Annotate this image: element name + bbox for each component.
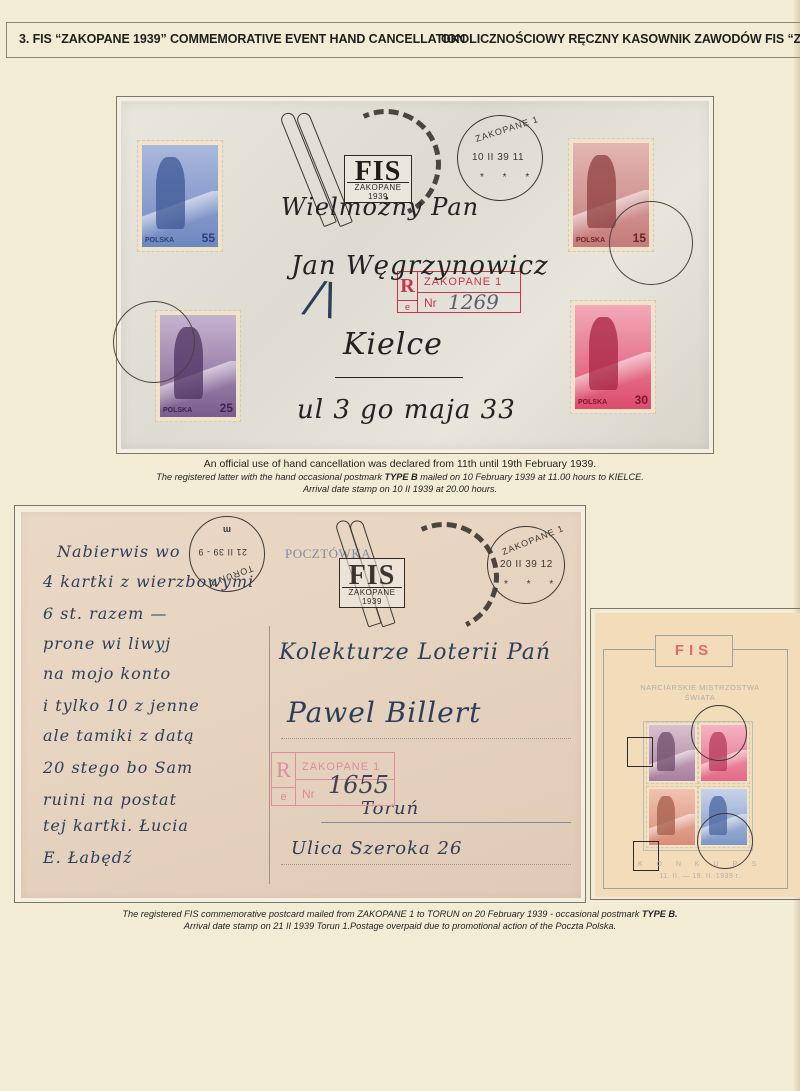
- caption-line: Arrival date stamp on 21 II 1939 Torun 1…: [0, 920, 800, 932]
- message-line: Nabierwis wo: [57, 542, 180, 561]
- address-line: [281, 864, 571, 865]
- caption-line: The registered latter with the hand occa…: [0, 471, 800, 483]
- address-street: Ulica Szeroka 26: [291, 838, 462, 859]
- sheet-stamp-15gr: [647, 787, 697, 847]
- sheet-event-label: K O N K U R S: [595, 861, 800, 868]
- zakopane-postmark: ZAKOPANE 1 10 II 39 11 * * *: [457, 115, 543, 201]
- stamp-image: [649, 725, 695, 781]
- address-line: [321, 822, 571, 823]
- message-line: E. Łabędź: [43, 848, 132, 867]
- registration-nr-label: Nr: [424, 296, 437, 310]
- miniature-sheet: FIS NARCIARSKIE MISTRZOSTWA ŚWIATA K O N…: [595, 613, 800, 897]
- sheet-subtitle: ŚWIATA: [595, 693, 800, 702]
- caption-text: The registered FIS commemorative postcar…: [122, 909, 641, 919]
- skier-figure: [587, 155, 616, 228]
- stamp-55gr: POLSKA 55: [138, 141, 222, 251]
- address-street: ul 3 go maja 33: [297, 395, 516, 425]
- postcard: POCZTÓWKA 21 II 39 - 9 TORUN 1 m FIS ZAK…: [21, 512, 581, 898]
- postmark-stars: * * *: [504, 579, 561, 590]
- caption-line: Arrival date stamp on 10 II 1939 at 20.0…: [0, 483, 800, 495]
- registered-cover: POLSKA 55 POLSKA 25 POLSKA 15 POLSKA: [121, 101, 709, 449]
- stamp-value: 25: [220, 401, 233, 415]
- registration-label: R e ZAKOPANE 1 Nr 1655: [271, 752, 395, 806]
- registration-number: 1655: [328, 771, 389, 799]
- zakopane-postmark: ZAKOPANE 1 20 II 39 12 * * *: [487, 526, 565, 604]
- postmark-code: m: [222, 525, 231, 535]
- sheet-subtitle: NARCIARSKIE MISTRZOSTWA: [595, 683, 800, 692]
- stamp-image: [649, 789, 695, 845]
- sheet-title: FIS: [655, 635, 733, 667]
- message-line: 6 st. razem —: [43, 604, 167, 623]
- stamp-image: POLSKA 30: [575, 305, 651, 409]
- partial-postmark-left: [113, 301, 195, 383]
- skier-figure: [156, 157, 185, 228]
- cover-caption: An official use of hand cancellation was…: [0, 458, 800, 495]
- stamp-country: POLSKA: [576, 237, 605, 244]
- registration-R: R: [272, 753, 296, 787]
- message-line: 4 kartki z wierzbowymi: [43, 572, 254, 591]
- page-header: 3. FIS “ZAKOPANE 1939” COMMEMORATIVE EVE…: [6, 22, 800, 58]
- postcard-caption: The registered FIS commemorative postcar…: [0, 908, 800, 932]
- partial-postmark-right: [609, 201, 693, 285]
- caption-text: mailed on 10 February 1939 at 11.00 hour…: [418, 472, 644, 482]
- message-line: ale tamiki z datą: [43, 726, 195, 745]
- address-recipient-org: Kolekturze Loterii Pań: [279, 640, 551, 665]
- skier-figure: [657, 796, 674, 835]
- postmark-date: 10 II 39 11: [472, 152, 524, 163]
- city-underline: [335, 377, 463, 378]
- address-city: Kielce: [343, 327, 443, 362]
- stamp-country: POLSKA: [578, 399, 607, 406]
- caption-text: The registered latter with the hand occa…: [156, 472, 384, 482]
- registration-number: 1269: [448, 290, 499, 314]
- skier-figure: [657, 732, 674, 771]
- title-polish: OKOLICZNOŚCIOWY RĘCZNY KASOWNIK ZAWODÓW …: [441, 32, 800, 46]
- sheet-fis-mark: [627, 737, 653, 767]
- caption-line: The registered FIS commemorative postcar…: [0, 908, 800, 920]
- message-line: 20 stego bo Sam: [43, 758, 193, 777]
- fis-subtitle: ZAKOPANE 1939: [342, 587, 402, 606]
- message-line: ruini na postat: [43, 790, 177, 809]
- sheet-stamp-25gr: [647, 723, 697, 783]
- postcard-frame: POCZTÓWKA 21 II 39 - 9 TORUN 1 m FIS ZAK…: [14, 505, 586, 903]
- title-english: 3. FIS “ZAKOPANE 1939” COMMEMORATIVE EVE…: [19, 32, 465, 46]
- sheet-dates: 11. II. — 19. II. 1939 r.: [595, 873, 800, 880]
- fis-cancellation-mark: FIS ZAKOPANE 1939: [339, 558, 405, 608]
- address-name: Pawel Billert: [287, 696, 481, 729]
- caption-line: An official use of hand cancellation was…: [0, 458, 800, 471]
- message-line: na mojo konto: [43, 664, 171, 683]
- blue-pencil-mark: /\: [304, 271, 342, 326]
- stamp-value: 30: [635, 393, 648, 407]
- registered-cover-frame: POLSKA 55 POLSKA 25 POLSKA 15 POLSKA: [116, 96, 714, 454]
- stamp-value: 55: [202, 231, 215, 245]
- postmark-stars: * * *: [480, 172, 537, 183]
- sheet-postmark-top: [691, 705, 747, 761]
- address-salutation: Wielmożny Pan: [281, 193, 479, 221]
- message-line: prone wi liwyj: [43, 634, 171, 653]
- stamp-image: POLSKA 55: [142, 145, 218, 247]
- postmark-date: 21 II 39 - 9: [198, 547, 247, 557]
- registration-e: e: [398, 300, 418, 313]
- postmark-town: ZAKOPANE 1: [474, 114, 540, 144]
- address-line: [281, 738, 571, 739]
- registration-e: e: [272, 787, 296, 806]
- skier-figure: [589, 317, 618, 390]
- caption-bold: TYPE B: [385, 472, 418, 482]
- stamp-country: POLSKA: [145, 237, 174, 244]
- miniature-sheet-frame: FIS NARCIARSKIE MISTRZOSTWA ŚWIATA K O N…: [590, 608, 800, 900]
- message-line: tej kartki. Łucia: [43, 816, 189, 835]
- message-line: i tylko 10 z jenne: [43, 696, 200, 715]
- stamp-country: POLSKA: [163, 407, 192, 414]
- stamp-30gr: POLSKA 30: [571, 301, 655, 413]
- postmark-date: 20 II 39 12: [500, 559, 553, 570]
- caption-bold: TYPE B.: [642, 909, 678, 919]
- postcard-divider: [269, 626, 270, 884]
- postmark-town: ZAKOPANE 1: [501, 523, 566, 557]
- registration-nr-label: Nr: [302, 787, 315, 801]
